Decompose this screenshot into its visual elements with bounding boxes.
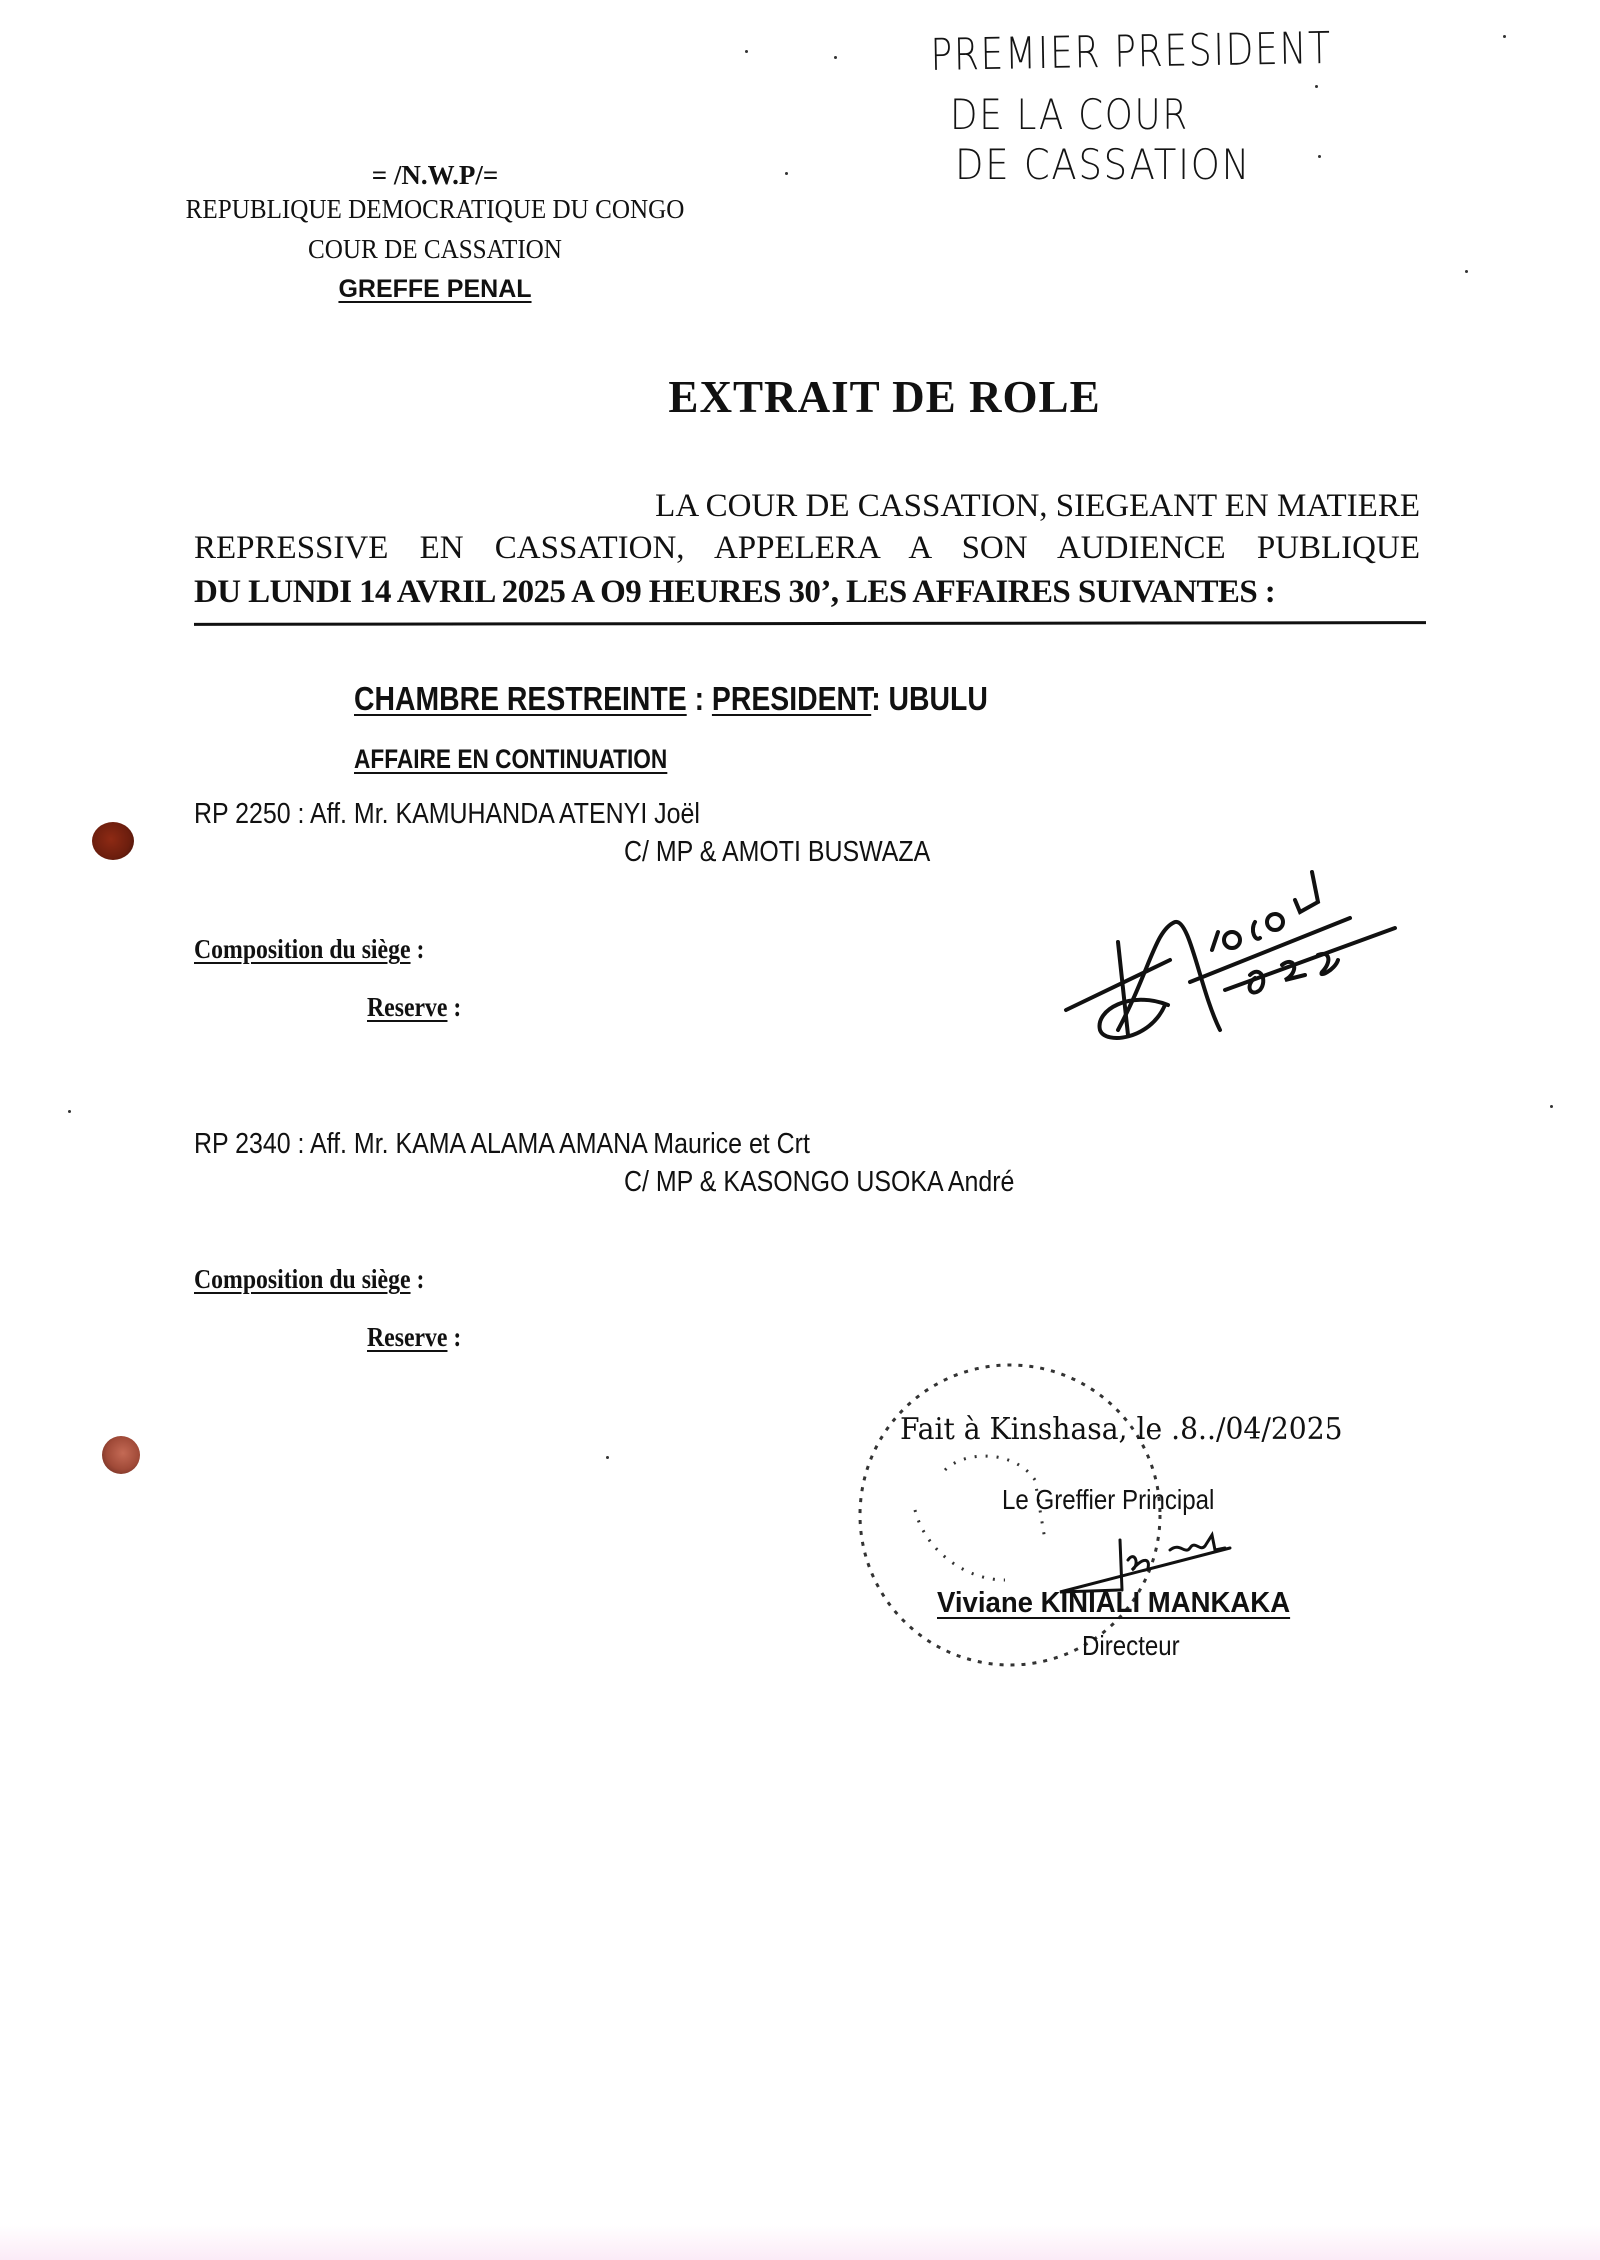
case-2-reserve: Reserve : (367, 1322, 461, 1353)
reserve-label: Reserve (367, 1322, 447, 1352)
intro-line-3: DU LUNDI 14 AVRIL 2025 A O9 HEURES 30’, … (194, 574, 1420, 611)
colon: : (411, 934, 425, 964)
case-2-parties: RP 2340 : Aff. Mr. KAMA ALAMA AMANA Maur… (194, 1128, 810, 1161)
document-title: EXTRAIT DE ROLE (0, 370, 1600, 423)
president-name: : UBULU (871, 680, 988, 717)
scan-speck (745, 50, 748, 53)
scan-speck (1315, 85, 1318, 88)
composition-label: Composition du siège (194, 1264, 411, 1294)
scan-speck (785, 172, 788, 175)
chamber-heading: CHAMBRE RESTREINTE : PRESIDENT: UBULU (354, 680, 988, 718)
colon: : (447, 992, 461, 1022)
document-reference: = /N.W.P/= (0, 160, 870, 191)
scan-edge-tint (0, 2225, 1600, 2260)
scan-speck (1550, 1105, 1553, 1108)
case-2-composition: Composition du siège : (194, 1264, 424, 1295)
place-and-date: Fait à Kinshasa, le .8../04/2025 (900, 1412, 1343, 1447)
intro-line-2: REPRESSIVE EN CASSATION, APPELERA A SON … (194, 530, 1420, 567)
handwritten-addressee-line-2: DE LA COUR (950, 90, 1189, 139)
president-label: PRESIDENT (712, 680, 871, 717)
composition-label: Composition du siège (194, 934, 411, 964)
handwritten-initials-signature-icon (1050, 850, 1410, 1050)
department-name: GREFFE PENAL (0, 275, 870, 304)
case-1-reserve: Reserve : (367, 992, 461, 1023)
scan-speck (1465, 270, 1468, 273)
document-title-text: EXTRAIT DE ROLE (669, 370, 1101, 423)
case-1-parties: RP 2250 : Aff. Mr. KAMUHANDA ATENYI Joël (194, 798, 700, 831)
reserve-label: Reserve (367, 992, 447, 1022)
colon: : (447, 1322, 461, 1352)
intro-line-1: LA COUR DE CASSATION, SIEGEANT EN MATIER… (194, 488, 1420, 525)
chamber-name: CHAMBRE RESTREINTE (354, 680, 687, 717)
case-2-respondents: C/ MP & KASONGO USOKA André (624, 1166, 1014, 1199)
scan-speck (1503, 35, 1506, 38)
scan-speck (68, 1110, 71, 1113)
scan-speck (1318, 155, 1321, 158)
colon: : (411, 1264, 425, 1294)
signatory-role: Le Greffier Principal (1002, 1484, 1214, 1516)
scan-speck (834, 56, 837, 59)
case-1-respondents: C/ MP & AMOTI BUSWAZA (624, 836, 930, 869)
signatory-title: Directeur (1082, 1630, 1180, 1662)
country-name: REPUBLIQUE DEMOCRATIQUE DU CONGO (30, 194, 839, 225)
section-label: AFFAIRE EN CONTINUATION (354, 744, 667, 775)
punch-hole (92, 822, 134, 860)
punch-hole (102, 1436, 140, 1474)
section-divider (194, 621, 1426, 626)
handwritten-addressee-line-3: DE CASSATION (955, 140, 1251, 189)
case-1-composition: Composition du siège : (194, 934, 424, 965)
scan-speck (606, 1456, 609, 1459)
chamber-separator: : (687, 680, 712, 717)
handwritten-addressee-line-1: PREMIER PRESIDENT (930, 23, 1332, 81)
signatory-name: Viviane KINIALI MANKAKA (937, 1587, 1290, 1620)
court-name: COUR DE CASSATION (30, 234, 839, 265)
